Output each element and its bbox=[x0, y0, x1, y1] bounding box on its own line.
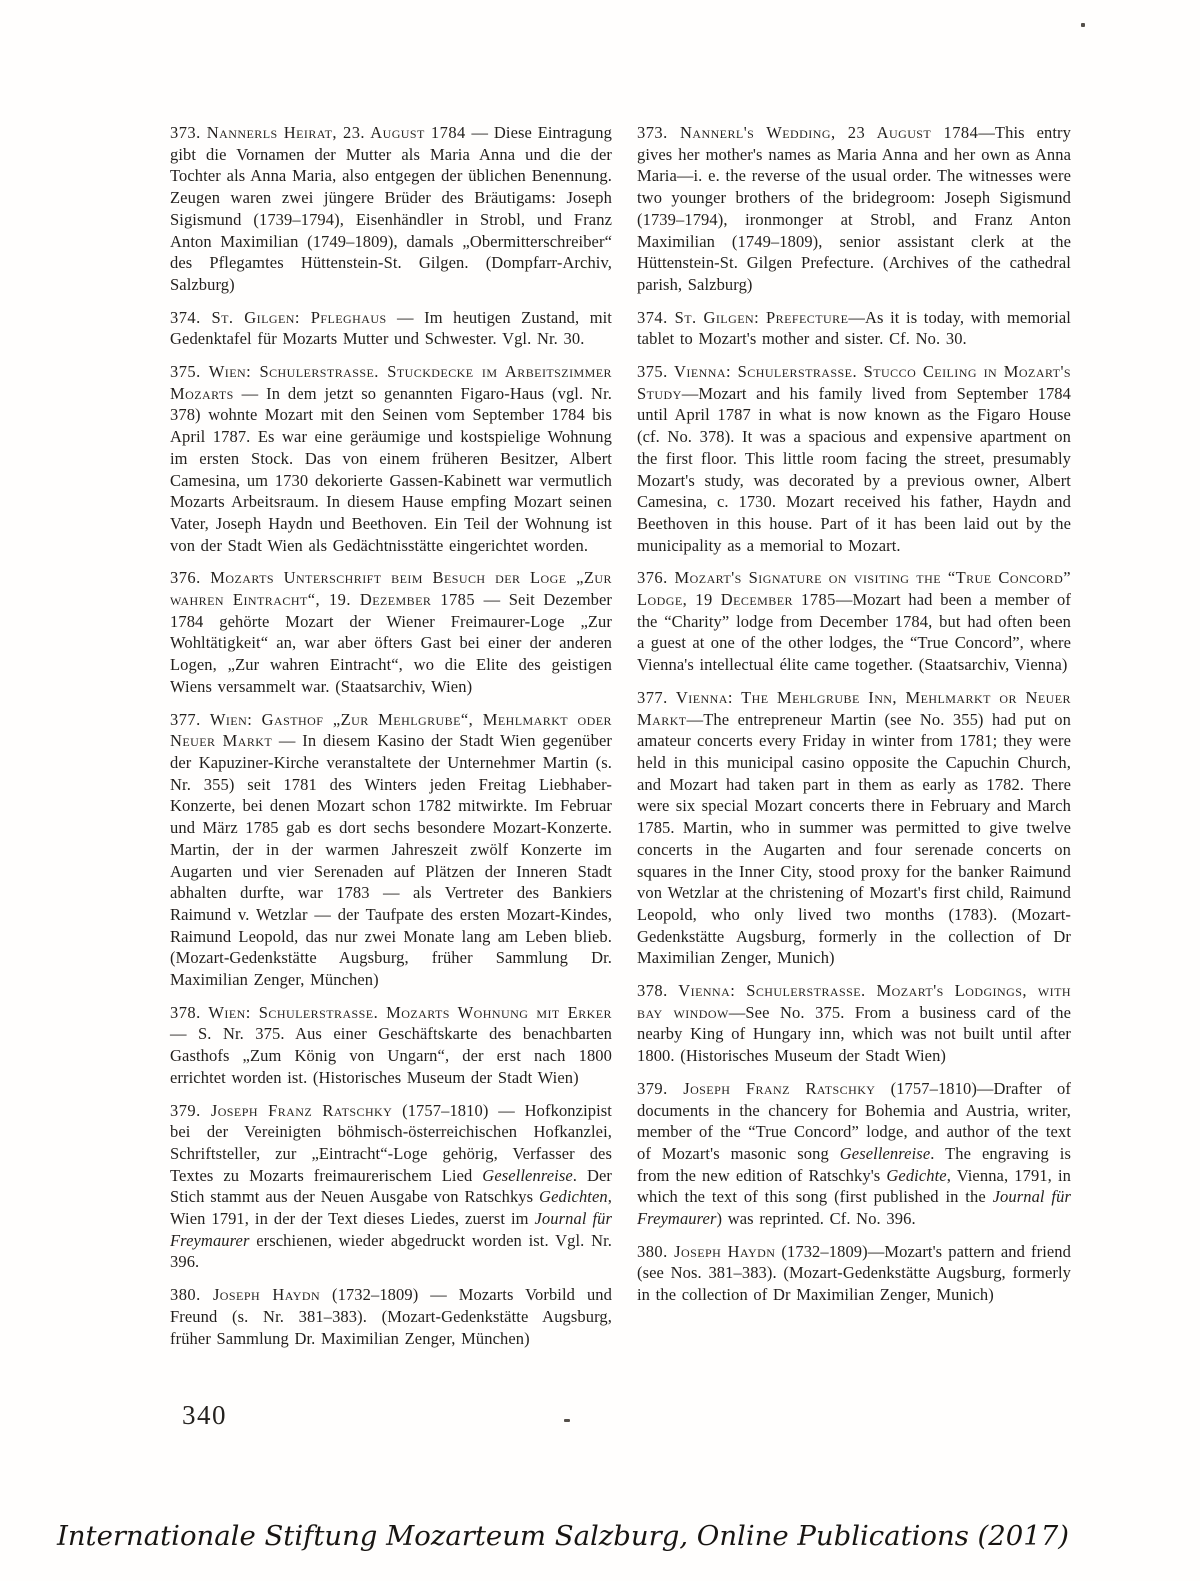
entry-374-de: 374. St. Gilgen: Pfleghaus — Im heutigen… bbox=[170, 307, 612, 350]
entry-380-de: 380. Joseph Haydn (1732–1809) — Mozarts … bbox=[170, 1284, 612, 1349]
entry-374-en: 374. St. Gilgen: Prefecture—As it is tod… bbox=[637, 307, 1071, 350]
entry-377-de-seg-1-plain: — In diesem Kasino der Stadt Wien gegenü… bbox=[170, 731, 612, 989]
entry-379-en: 379. Joseph Franz Ratschky (1757–1810)—D… bbox=[637, 1078, 1071, 1230]
entry-379-en-seg-4-italic: Gedichte bbox=[886, 1166, 946, 1185]
entry-378-de: 378. Wien: Schulerstrasse. Mozarts Wohnu… bbox=[170, 1002, 612, 1089]
entry-377-de: 377. Wien: Gasthof „Zur Mehlgrube“, Mehl… bbox=[170, 709, 612, 991]
entry-380-de-seg-0-caps: 380. Joseph Haydn bbox=[170, 1285, 320, 1304]
entry-377-en-seg-1-plain: —The entrepreneur Martin (see No. 355) h… bbox=[637, 710, 1071, 968]
entry-377-en: 377. Vienna: The Mehlgrube Inn, Mehlmark… bbox=[637, 687, 1071, 969]
entry-375-de-seg-1-plain: — In dem jetzt so genannten Figaro-Haus … bbox=[170, 384, 612, 555]
entry-376-de: 376. Mozarts Unterschrift beim Besuch de… bbox=[170, 567, 612, 697]
scanned-book-page: 373. Nannerls Heirat, 23. August 1784 — … bbox=[0, 0, 1200, 1581]
entry-374-en-seg-0-caps: 374. St. Gilgen: Prefecture bbox=[637, 308, 848, 327]
entry-373-en-seg-0-caps: 373. Nannerl's Wedding, 23 August 1784 bbox=[637, 123, 978, 142]
entry-376-en: 376. Mozart's Signature on visiting the … bbox=[637, 567, 1071, 676]
entry-379-de-seg-0-caps: 379. Joseph Franz Ratschky bbox=[170, 1101, 392, 1120]
page-number: 340 bbox=[182, 1400, 227, 1431]
column-english: 373. Nannerl's Wedding, 23 August 1784—T… bbox=[637, 122, 1071, 1317]
entry-379-en-seg-2-italic: Gesellenreise bbox=[840, 1144, 931, 1163]
entry-379-de-seg-4-italic: Gedichten bbox=[539, 1187, 608, 1206]
entry-380-en-seg-0-caps: 380. Joseph Haydn bbox=[637, 1242, 775, 1261]
scan-speck-bottom bbox=[564, 1419, 570, 1422]
entry-373-en-seg-1-plain: —This entry gives her mother's names as … bbox=[637, 123, 1071, 294]
column-german: 373. Nannerls Heirat, 23. August 1784 — … bbox=[170, 122, 612, 1360]
entry-373-de-seg-1-plain: — Diese Eintragung gibt die Vornamen der… bbox=[170, 123, 612, 294]
entry-378-en: 378. Vienna: Schulerstrasse. Mozart's Lo… bbox=[637, 980, 1071, 1067]
entry-379-de: 379. Joseph Franz Ratschky (1757–1810) —… bbox=[170, 1100, 612, 1274]
entry-379-de-seg-2-italic: Gesellenreise bbox=[482, 1166, 573, 1185]
entry-373-de: 373. Nannerls Heirat, 23. August 1784 — … bbox=[170, 122, 612, 296]
entry-375-en-seg-1-plain: —Mozart and his family lived from Septem… bbox=[637, 384, 1071, 555]
entry-373-en: 373. Nannerl's Wedding, 23 August 1784—T… bbox=[637, 122, 1071, 296]
entry-379-en-seg-0-caps: 379. Joseph Franz Ratschky bbox=[637, 1079, 875, 1098]
entry-379-en-seg-7-plain: ) was reprinted. Cf. No. 396. bbox=[717, 1209, 916, 1228]
entry-378-de-seg-0-caps: 378. Wien: Schulerstrasse. Mozarts Wohnu… bbox=[170, 1003, 612, 1022]
entry-380-en: 380. Joseph Haydn (1732–1809)—Mozart's p… bbox=[637, 1241, 1071, 1306]
scan-speck-top bbox=[1081, 23, 1085, 27]
entry-375-de: 375. Wien: Schulerstrasse. Stuckdecke im… bbox=[170, 361, 612, 556]
footer-attribution: Internationale Stiftung Mozarteum Salzbu… bbox=[57, 1520, 1069, 1552]
entry-373-de-seg-0-caps: 373. Nannerls Heirat, 23. August 1784 bbox=[170, 123, 466, 142]
entry-378-de-seg-1-plain: — S. Nr. 375. Aus einer Geschäftskarte d… bbox=[170, 1024, 612, 1086]
entry-375-en: 375. Vienna: Schulerstrasse. Stucco Ceil… bbox=[637, 361, 1071, 556]
entry-374-de-seg-0-caps: 374. St. Gilgen: Pfleghaus bbox=[170, 308, 387, 327]
